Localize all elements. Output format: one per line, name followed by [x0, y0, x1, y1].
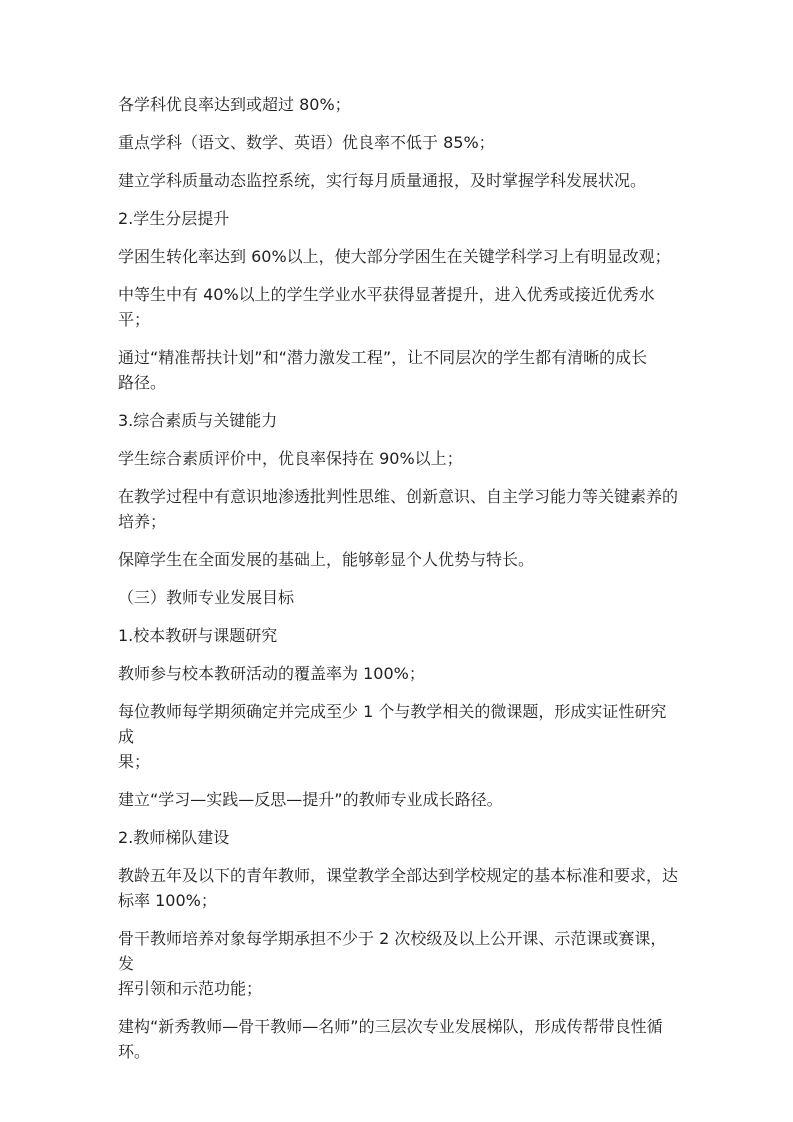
- document-body: 各学科优良率达到或超过 80%； 重点学科（语文、数学、英语）优良率不低于 85…: [118, 92, 681, 1064]
- doc-paragraph: 建构“新秀教师—骨干教师—名师”的三层次专业发展梯队，形成传帮带良性循 环。: [118, 1014, 681, 1064]
- doc-heading-teacher-development-goals: （三）教师专业发展目标: [118, 585, 681, 610]
- doc-paragraph: 教龄五年及以下的青年教师，课堂教学全部达到学校规定的基本标准和要求，达 标率 1…: [118, 863, 681, 913]
- document-page: 各学科优良率达到或超过 80%； 重点学科（语文、数学、英语）优良率不低于 85…: [0, 0, 793, 1122]
- doc-paragraph: 中等生中有 40%以上的学生学业水平获得显著提升，进入优秀或接近优秀水平；: [118, 282, 681, 332]
- doc-paragraph: 学生综合素质评价中，优良率保持在 90%以上；: [118, 446, 681, 471]
- doc-paragraph: 每位教师每学期须确定并完成至少 1 个与教学相关的微课题，形成实证性研究成 果；: [118, 699, 681, 774]
- doc-paragraph: 学困生转化率达到 60%以上，使大部分学困生在关键学科学习上有明显改观；: [118, 244, 681, 269]
- doc-paragraph: 教师参与校本教研活动的覆盖率为 100%；: [118, 661, 681, 686]
- doc-heading-student-tiered-improvement: 2.学生分层提升: [118, 206, 681, 231]
- doc-paragraph: 重点学科（语文、数学、英语）优良率不低于 85%；: [118, 130, 681, 155]
- doc-heading-comprehensive-quality: 3.综合素质与关键能力: [118, 408, 681, 433]
- doc-heading-school-based-research: 1.校本教研与课题研究: [118, 623, 681, 648]
- doc-paragraph: 建立学科质量动态监控系统，实行每月质量通报，及时掌握学科发展状况。: [118, 168, 681, 193]
- doc-paragraph: 建立“学习—实践—反思—提升”的教师专业成长路径。: [118, 787, 681, 812]
- doc-paragraph: 通过“精准帮扶计划”和“潜力激发工程”，让不同层次的学生都有清晰的成长 路径。: [118, 345, 681, 395]
- doc-paragraph: 保障学生在全面发展的基础上，能够彰显个人优势与特长。: [118, 547, 681, 572]
- doc-paragraph: 骨干教师培养对象每学期承担不少于 2 次校级及以上公开课、示范课或赛课，发 挥引…: [118, 926, 681, 1001]
- doc-paragraph: 各学科优良率达到或超过 80%；: [118, 92, 681, 117]
- doc-heading-teacher-echelon: 2.教师梯队建设: [118, 825, 681, 850]
- doc-paragraph: 在教学过程中有意识地渗透批判性思维、创新意识、自主学习能力等关键素养的 培养；: [118, 484, 681, 534]
